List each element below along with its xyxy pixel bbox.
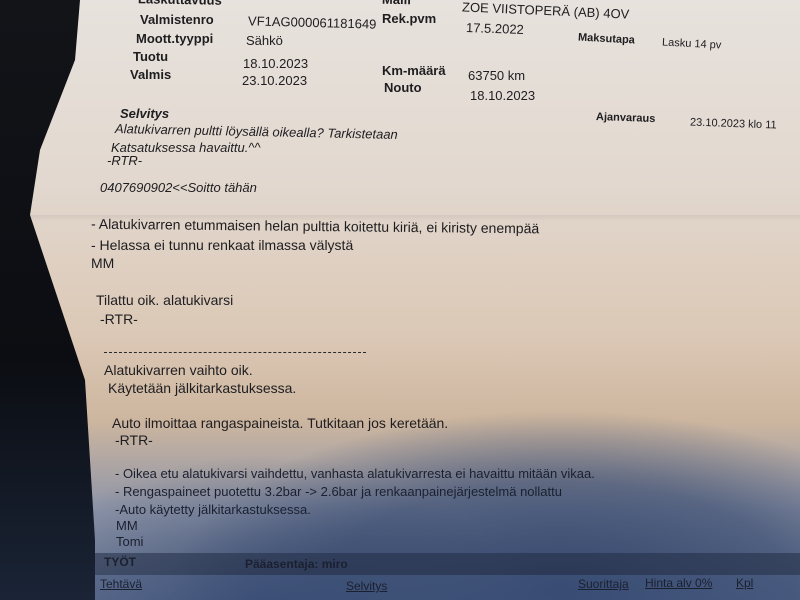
engine-type-value: Sähkö bbox=[246, 33, 283, 48]
note-line: - Oikea etu alatukivarsi vaihdettu, vanh… bbox=[115, 466, 595, 481]
note-line: -RTR- bbox=[107, 153, 142, 168]
note-line: -Auto käytetty jälkitarkastuksessa. bbox=[115, 502, 311, 517]
explanation-title: Selvitys bbox=[120, 106, 169, 121]
model-label: Malli bbox=[382, 0, 411, 7]
engine-type-label: Moott.tyyppi bbox=[136, 31, 213, 46]
head-mechanic: Pääasentaja: miro bbox=[245, 557, 348, 571]
phone-note: 0407690902<<Soitto tähän bbox=[100, 180, 257, 195]
separator-line bbox=[104, 352, 366, 353]
pickup-label: Nouto bbox=[384, 80, 422, 95]
note-initials: MM bbox=[91, 255, 114, 271]
vin-label: Valmistenro bbox=[140, 12, 214, 27]
reg-date-label: Rek.pvm bbox=[382, 11, 436, 26]
column-header-explanation: Selvitys bbox=[346, 579, 387, 593]
note-line: Käytetään jälkitarkastuksessa. bbox=[108, 380, 296, 396]
note-line: - Rengaspaineet puotettu 3.2bar -> 2.6ba… bbox=[115, 484, 562, 499]
note-line: Auto ilmoittaa rangaspaineista. Tutkitaa… bbox=[112, 415, 448, 431]
note-line: Tilattu oik. alatukivarsi bbox=[96, 292, 233, 308]
pickup-value: 18.10.2023 bbox=[470, 88, 535, 103]
note-line: Alatukivarren vaihto oik. bbox=[104, 362, 253, 378]
appointment-label: Ajanvaraus bbox=[596, 111, 656, 125]
note-line: -RTR- bbox=[115, 432, 153, 448]
brought-value: 18.10.2023 bbox=[243, 56, 308, 71]
column-header-task: Tehtävä bbox=[100, 577, 142, 591]
mileage-value: 63750 km bbox=[468, 68, 525, 83]
column-header-price: Hinta alv 0% bbox=[645, 576, 712, 590]
column-header-performer: Suorittaja bbox=[578, 577, 629, 591]
mileage-label: Km-määrä bbox=[382, 63, 446, 78]
note-line: - Helassa ei tunnu renkaat ilmassa välys… bbox=[91, 237, 353, 253]
reg-date-value: 17.5.2022 bbox=[466, 20, 524, 37]
brought-label: Tuotu bbox=[133, 49, 168, 64]
note-line: -RTR- bbox=[100, 311, 138, 327]
note-signature: Tomi bbox=[116, 534, 143, 549]
ready-value: 23.10.2023 bbox=[242, 73, 307, 88]
works-title: TYÖT bbox=[104, 555, 136, 569]
works-header-band bbox=[95, 553, 800, 575]
column-header-quantity: Kpl bbox=[736, 576, 753, 590]
ready-label: Valmis bbox=[130, 67, 171, 82]
note-initials: MM bbox=[116, 518, 138, 533]
